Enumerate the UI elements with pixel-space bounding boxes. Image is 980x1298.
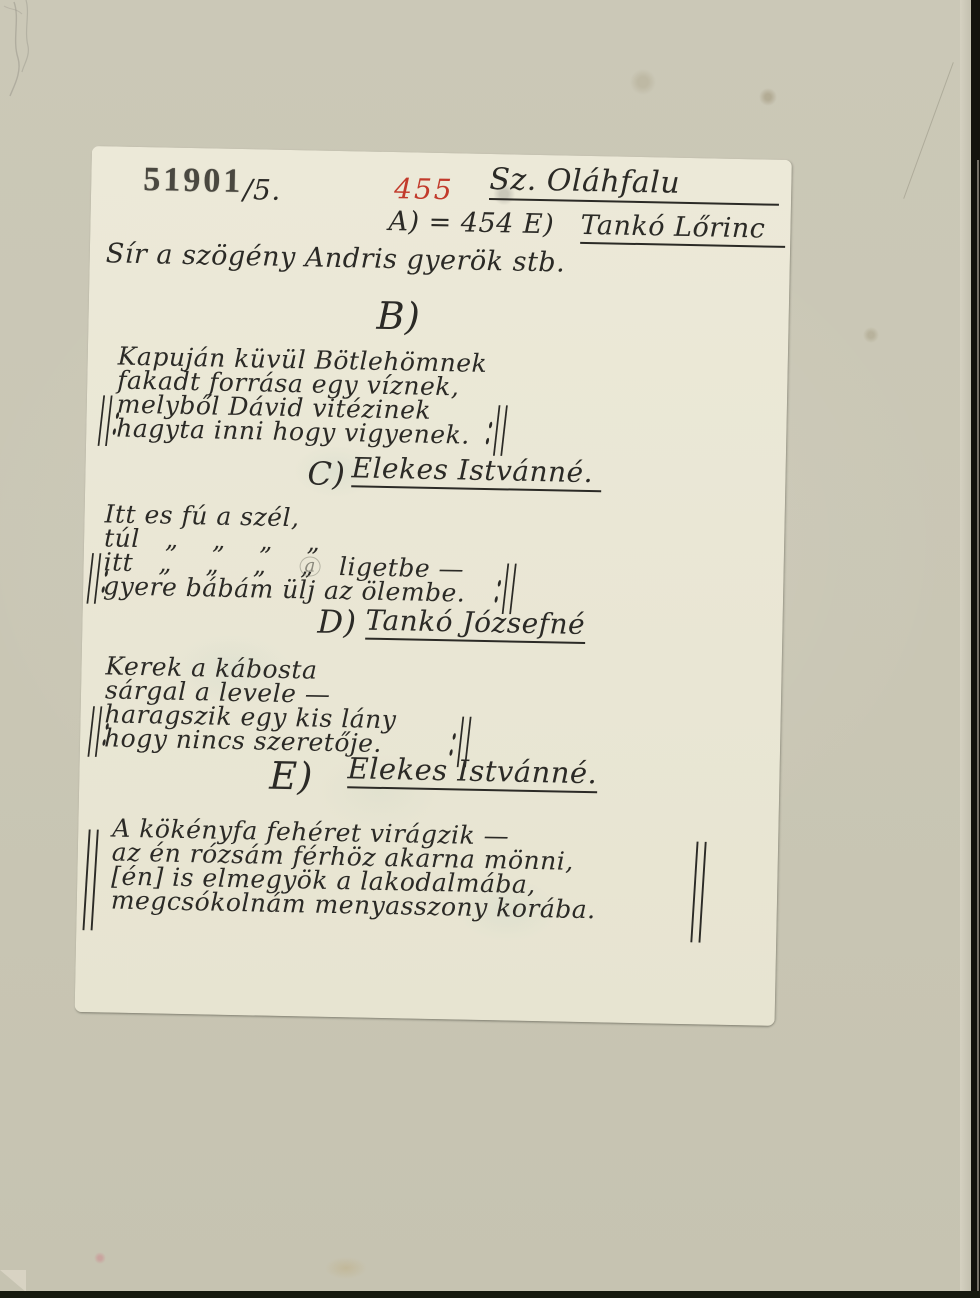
- verse-line: gyere bábám ülj az ölembe.: [103, 574, 466, 605]
- stanza-e: || A kökényfa fehéret virágzik — az én r…: [111, 817, 598, 923]
- scan-edge-highlight: [977, 160, 979, 1298]
- stanza-b: ||: Kapuján küvül Bötlehömnek fakadt for…: [116, 345, 487, 448]
- stanza-c: ||: Itt es fú a szél, túl „ „ „ „ itt „ …: [103, 502, 467, 605]
- repeat-mark-close-e: ||: [687, 826, 710, 944]
- section-label-e: E): [269, 754, 313, 799]
- informant-name-text: Tankó Lőrinc: [580, 210, 786, 248]
- informant-name: Tankó Lőrinc: [580, 210, 786, 248]
- performer-d-text: Tankó Józsefné: [365, 604, 586, 644]
- section-label-d: D): [317, 603, 357, 642]
- section-label-b: B): [376, 294, 421, 339]
- bottom-board-edge: [0, 1291, 980, 1298]
- repeat-mark-close-b: :||: [483, 400, 512, 458]
- incipit-line: Sír a szögény Andris gyerök stb.: [106, 238, 566, 278]
- corner-notch: [0, 1270, 26, 1292]
- verse-line: hagyta inni hogy vigyenek.: [116, 417, 486, 448]
- stanza-d: ||: Kerek a kábosta sárgal a levele — ha…: [104, 654, 398, 756]
- performer-d: Tankó Józsefné: [365, 604, 586, 644]
- red-number: 455: [394, 172, 454, 206]
- performer-c: Elekes Istvánné.: [351, 451, 602, 492]
- archive-scan: { "document": { "archive_stamp": "51901"…: [0, 0, 980, 1298]
- crease-line: [903, 62, 954, 199]
- variant-note: A) = 454 E): [388, 206, 554, 240]
- archive-stamp: 51901: [143, 161, 244, 201]
- manuscript-sheet: 51901 /5. 455 Sz. Oláhfalu A) = 454 E) T…: [75, 146, 792, 1026]
- performer-e-text: Elekes Istvánné.: [347, 751, 598, 793]
- place-title-text: Sz. Oláhfalu: [489, 162, 780, 206]
- pencil-annotation: a: [299, 556, 320, 576]
- verse-line: megcsókolnám menyasszony korába.: [111, 889, 596, 923]
- section-label-c: C): [307, 454, 346, 493]
- repeat-mark-open-e: ||: [79, 814, 102, 932]
- performer-e: Elekes Istvánné.: [347, 751, 598, 793]
- pencil-sketch: [0, 0, 80, 140]
- stamp-suffix: /5.: [243, 173, 281, 207]
- performer-c-text: Elekes Istvánné.: [351, 451, 602, 492]
- place-title: Sz. Oláhfalu: [489, 162, 780, 206]
